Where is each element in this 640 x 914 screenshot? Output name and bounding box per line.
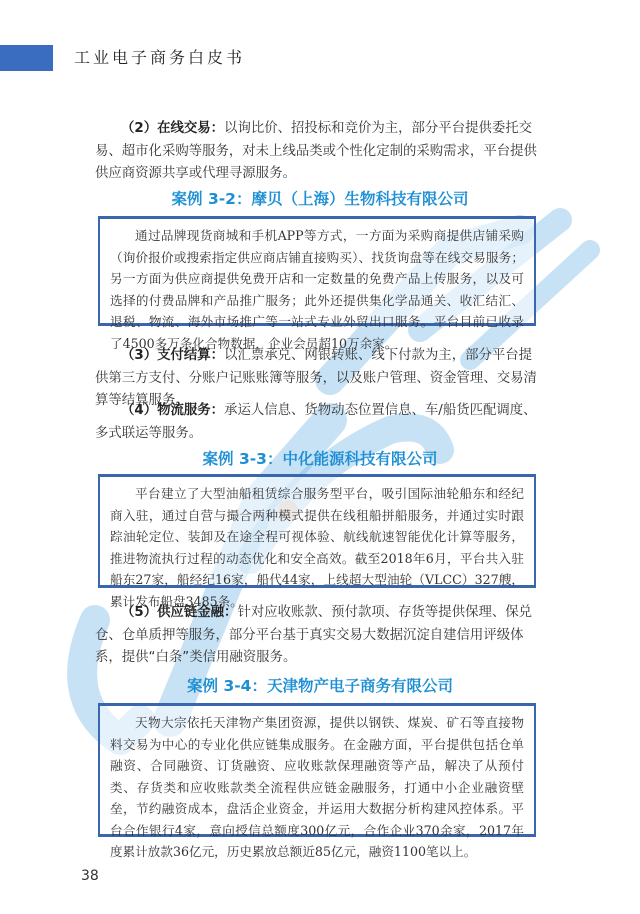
- section-heading: 支付结算：: [157, 348, 224, 363]
- case-box: 天物大宗依托天津物产集团资源，提供以钢铁、煤炭、矿石等直接物料交易为中心的专业化…: [98, 703, 536, 837]
- case-box: 平台建立了大型油船租赁综合服务型平台，吸引国际油轮船东和经纪商入驻，通过自营与撮…: [98, 474, 536, 588]
- case-title: 案例 3-4：天津物产电子商务有限公司: [95, 675, 545, 697]
- page-number: 38: [81, 868, 99, 884]
- case-title: 案例 3-3：中化能源科技有限公司: [95, 448, 545, 470]
- section-heading: 在线交易：: [157, 121, 224, 136]
- section-heading: 物流服务：: [157, 403, 224, 418]
- section-label: （4）: [121, 403, 157, 418]
- case-box: 通过品牌现货商城和手机APP等方式，一方面为采购商提供店铺采购（询价报价或搜索指…: [98, 216, 536, 326]
- section-heading: 供应链金融：: [157, 605, 237, 620]
- case-title: 案例 3-2：摩贝（上海）生物科技有限公司: [95, 188, 545, 210]
- section-online-trading: （2）在线交易：以询比价、招投标和竞价为主，部分平台提供委托交易、超市化采购等服…: [95, 118, 545, 186]
- document-title: 工业电子商务白皮书: [74, 46, 245, 70]
- section-supply-chain-finance: （5）供应链金融：针对应收账款、预付款项、存货等提供保理、保兑仓、仓单质押等服务…: [95, 602, 545, 670]
- header-accent-bar: [0, 45, 53, 71]
- section-logistics: （4）物流服务：承运人信息、货物动态位置信息、车/船货匹配调度、多式联运等服务。: [95, 400, 545, 445]
- section-label: （2）: [121, 121, 157, 136]
- section-label: （5）: [121, 605, 157, 620]
- section-label: （3）: [121, 348, 157, 363]
